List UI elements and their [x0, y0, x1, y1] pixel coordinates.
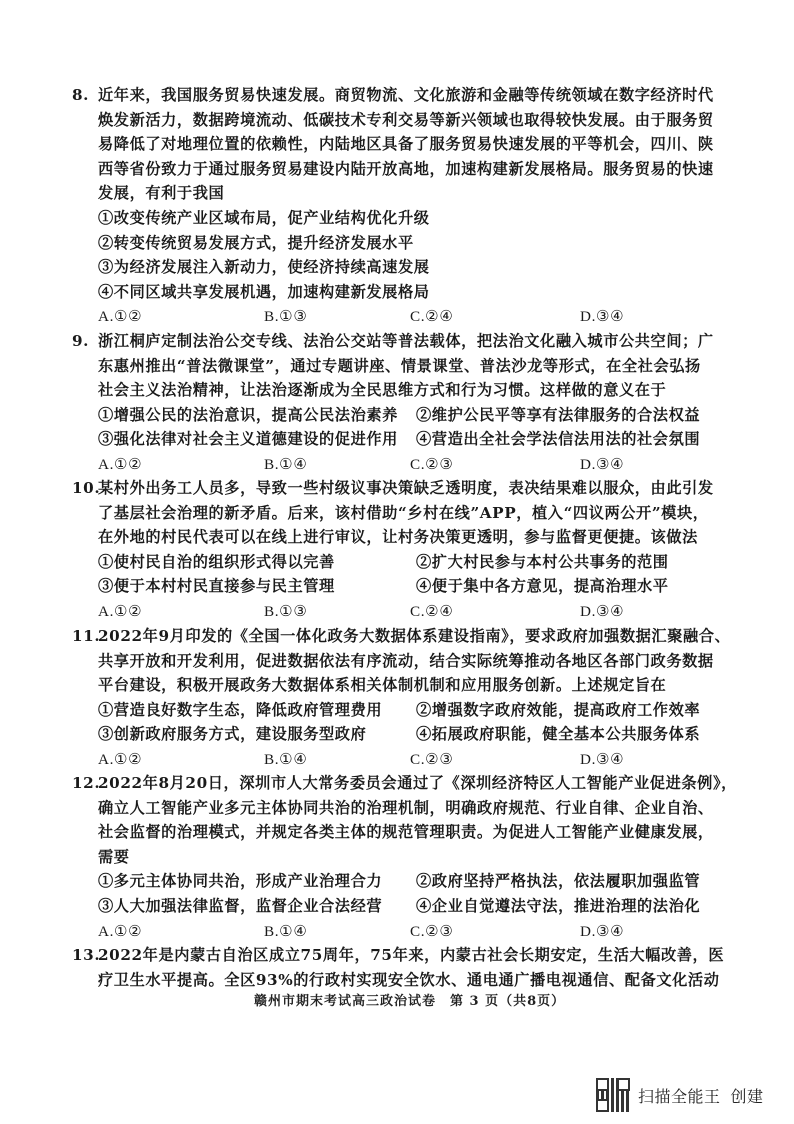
choice-c: C.②④	[410, 305, 580, 330]
statement-option: ③人大加强法律监督，监督企业合法经营	[98, 894, 416, 919]
question-stem-line: 确立人工智能产业多元主体协同共治的治理机制，明确政府规范、行业自律、企业自治、	[72, 796, 762, 821]
question-12: 12. 2022年8月20日，深圳市人大常务委员会通过了《深圳经济特区人工智能产…	[72, 771, 762, 943]
choice-d: D.③④	[580, 920, 680, 945]
choice-b: B.①④	[264, 748, 410, 773]
question-stem-line: 共享开放和开发利用，促进数据依法有序流动，结合实际统筹推动各地区各部门政务数据	[72, 649, 762, 674]
statement-option-row: ①营造良好数字生态，降低政府管理费用②增强数字政府效能，提高政府工作效率	[72, 698, 762, 723]
question-13: 13. 2022年是内蒙古自治区成立75周年，75年来，内蒙古社会长期安定，生活…	[72, 943, 762, 992]
choice-d: D.③④	[580, 748, 680, 773]
question-stem-line: 近年来，我国服务贸易快速发展。商贸物流、文化旅游和金融等传统领域在数字经济时代	[72, 83, 762, 108]
page-number: 第 3 页（共8页）	[450, 994, 565, 1009]
choice-d: D.③④	[580, 600, 680, 625]
statement-option: ①改变传统产业区域布局，促产业结构优化升级	[72, 206, 762, 231]
choice-c: C.②④	[410, 600, 580, 625]
choice-c: C.②③	[410, 453, 580, 478]
answer-choices: A.①②B.①③C.②④D.③④	[72, 599, 762, 624]
statement-option: ③便于本村村民直接参与民主管理	[98, 574, 416, 599]
statement-option: ①使村民自治的组织形式得以完善	[98, 550, 416, 575]
statement-option: ④不同区域共享发展机遇，加速构建新发展格局	[72, 280, 762, 305]
question-stem-line: 2022年8月20日，深圳市人大常务委员会通过了《深圳经济特区人工智能产业促进条…	[72, 771, 762, 796]
statement-option-row: ①增强公民的法治意识，提高公民法治素养②维护公民平等享有法律服务的合法权益	[72, 403, 762, 428]
statement-option: ③强化法律对社会主义道德建设的促进作用	[98, 427, 416, 452]
question-number: 9.	[72, 329, 89, 354]
question-number: 11.	[72, 624, 100, 649]
question-stem-line: 发展，有利于我国	[72, 181, 762, 206]
answer-choices: A.①②B.①③C.②④D.③④	[72, 304, 762, 329]
question-stem-line: 疗卫生水平提高。全区93%的行政村实现安全饮水、通电通广播电视通信、配备文化活动	[72, 968, 762, 993]
watermark-action: 创建	[731, 1087, 764, 1106]
watermark-app-name: 扫描全能王	[638, 1087, 721, 1106]
choice-a: A.①②	[98, 305, 264, 330]
question-stem-line: 浙江桐庐定制法治公交专线、法治公交站等普法载体，把法治文化融入城市公共空间；广	[72, 329, 762, 354]
choice-c: C.②③	[410, 748, 580, 773]
question-11: 11. 2022年9月印发的《全国一体化政务大数据体系建设指南》，要求政府加强数…	[72, 624, 762, 772]
question-stem-line: 社会主义法治精神，让法治逐渐成为全民思维方式和行为习惯。这样做的意义在于	[72, 378, 762, 403]
question-10: 10. 某村外出务工人员多，导致一些村级议事决策缺乏透明度，表决结果难以服众，由…	[72, 476, 762, 624]
qr-code-icon	[596, 1078, 630, 1112]
answer-choices: A.①②B.①④C.②③D.③④	[72, 747, 762, 772]
statement-option-row: ③人大加强法律监督，监督企业合法经营④企业自觉遵法守法，推进治理的法治化	[72, 894, 762, 919]
statement-option: ④营造出全社会学法信法用法的社会氛围	[416, 427, 700, 452]
question-stem-line: 西等省份致力于通过服务贸易建设内陆开放高地，加速构建新发展格局。服务贸易的快速	[72, 157, 762, 182]
question-stem-line: 2022年9月印发的《全国一体化政务大数据体系建设指南》，要求政府加强数据汇聚融…	[72, 624, 762, 649]
scanner-watermark: 扫描全能王创建	[596, 1078, 764, 1112]
statement-option: ②增强数字政府效能，提高政府工作效率	[416, 698, 700, 723]
page-footer: 赣州市期末考试高三政治试卷第 3 页（共8页）	[254, 990, 565, 1009]
question-stem-line: 平台建设，积极开展政务大数据体系相关体制机制和应用服务创新。上述规定旨在	[72, 673, 762, 698]
question-stem-line: 2022年是内蒙古自治区成立75周年，75年来，内蒙古社会长期安定，生活大幅改善…	[72, 943, 762, 968]
answer-choices: A.①②B.①④C.②③D.③④	[72, 919, 762, 944]
question-stem-line: 在外地的村民代表可以在线上进行审议，让村务决策更透明，参与监督更便捷。该做法	[72, 525, 762, 550]
question-number: 13.	[72, 943, 100, 968]
statement-option: ①增强公民的法治意识，提高公民法治素养	[98, 403, 416, 428]
statement-option: ④便于集中各方意见，提高治理水平	[416, 574, 669, 599]
question-stem-line: 焕发新活力，数据跨境流动、低碳技术专利交易等新兴领域也取得较快发展。由于服务贸	[72, 108, 762, 133]
statement-option-row: ①使村民自治的组织形式得以完善②扩大村民参与本村公共事务的范围	[72, 550, 762, 575]
statement-option: ④企业自觉遵法守法，推进治理的法治化	[416, 894, 700, 919]
question-stem-line: 社会监督的治理模式，并规定各类主体的规范管理职责。为促进人工智能产业健康发展，	[72, 820, 762, 845]
statement-option: ③创新政府服务方式，建设服务型政府	[98, 722, 416, 747]
choice-c: C.②③	[410, 920, 580, 945]
question-stem-line: 了基层社会治理的新矛盾。后来，该村借助“乡村在线”APP，植入“四议两公开”模块…	[72, 501, 762, 526]
choice-b: B.①③	[264, 600, 410, 625]
answer-choices: A.①②B.①④C.②③D.③④	[72, 452, 762, 477]
statement-option: ②转变传统贸易发展方式，提升经济发展水平	[72, 231, 762, 256]
question-stem-line: 易降低了对地理位置的依赖性，内陆地区具备了服务贸易快速发展的平等机会，四川、陕	[72, 132, 762, 157]
statement-option: ③为经济发展注入新动力，使经济持续高速发展	[72, 255, 762, 280]
statement-option: ②扩大村民参与本村公共事务的范围	[416, 550, 669, 575]
choice-b: B.①④	[264, 453, 410, 478]
statement-option: ②维护公民平等享有法律服务的合法权益	[416, 403, 700, 428]
question-number: 12.	[72, 771, 100, 796]
question-number: 8.	[72, 83, 89, 108]
choice-d: D.③④	[580, 453, 680, 478]
statement-option-row: ③便于本村村民直接参与民主管理④便于集中各方意见，提高治理水平	[72, 574, 762, 599]
exam-page: 8. 近年来，我国服务贸易快速发展。商贸物流、文化旅游和金融等传统领域在数字经济…	[0, 0, 794, 1124]
statement-option-row: ③创新政府服务方式，建设服务型政府④拓展政府职能，健全基本公共服务体系	[72, 722, 762, 747]
question-stem-line: 东惠州推出“普法微课堂”，通过专题讲座、情景课堂、普法沙龙等形式，在全社会弘扬	[72, 354, 762, 379]
question-number: 10.	[72, 476, 100, 501]
statement-option: ④拓展政府职能，健全基本公共服务体系	[416, 722, 700, 747]
choice-a: A.①②	[98, 453, 264, 478]
question-stem-line: 需要	[72, 845, 762, 870]
choice-a: A.①②	[98, 748, 264, 773]
choice-a: A.①②	[98, 920, 264, 945]
choice-b: B.①③	[264, 305, 410, 330]
choice-b: B.①④	[264, 920, 410, 945]
statement-option: ①多元主体协同共治，形成产业治理合力	[98, 869, 416, 894]
question-9: 9. 浙江桐庐定制法治公交专线、法治公交站等普法载体，把法治文化融入城市公共空间…	[72, 329, 762, 477]
choice-d: D.③④	[580, 305, 680, 330]
statement-option-row: ③强化法律对社会主义道德建设的促进作用④营造出全社会学法信法用法的社会氛围	[72, 427, 762, 452]
choice-a: A.①②	[98, 600, 264, 625]
question-stem-line: 某村外出务工人员多，导致一些村级议事决策缺乏透明度，表决结果难以服众，由此引发	[72, 476, 762, 501]
exam-title: 赣州市期末考试高三政治试卷	[254, 994, 436, 1009]
statement-option: ②政府坚持严格执法，依法履职加强监管	[416, 869, 700, 894]
statement-option: ①营造良好数字生态，降低政府管理费用	[98, 698, 416, 723]
statement-option-row: ①多元主体协同共治，形成产业治理合力②政府坚持严格执法，依法履职加强监管	[72, 869, 762, 894]
question-8: 8. 近年来，我国服务贸易快速发展。商贸物流、文化旅游和金融等传统领域在数字经济…	[72, 83, 762, 329]
